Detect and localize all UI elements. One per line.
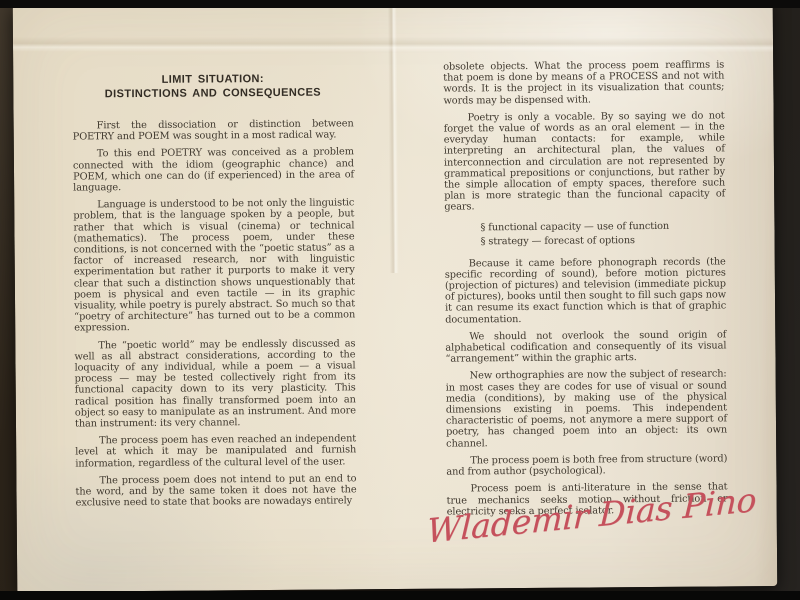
section-list: § functional capacity — use of function … (480, 219, 725, 249)
left-column: LIMIT SITUATION:DISTINCTIONS AND CONSEQU… (72, 72, 356, 515)
paragraph: The process poem is both free from struc… (446, 453, 727, 478)
paragraph: obsolete objects. What the process poem … (443, 59, 724, 106)
top-black-bar (0, 0, 800, 8)
paragraph: The “poetic world” may be endlessly disc… (74, 338, 356, 430)
paragraph: New orthographies are now the subject of… (446, 369, 728, 450)
fold-crease-vertical (387, 4, 398, 273)
paragraph: To this end POETRY was conceived as a pr… (73, 147, 354, 194)
right-column: obsolete objects. What the process poem … (443, 59, 728, 523)
paragraph: Poetry is only a vocable. By so saying w… (444, 110, 726, 213)
title-line-2: DISTINCTIONS AND CONSEQUENCES (105, 86, 321, 100)
paragraph: Because it came before phonograph record… (445, 256, 727, 325)
list-item: § strategy — forecast of options (481, 233, 726, 249)
paper-sheet: LIMIT SITUATION:DISTINCTIONS AND CONSEQU… (13, 1, 778, 592)
fold-crease-horizontal (13, 37, 773, 53)
document-title: LIMIT SITUATION:DISTINCTIONS AND CONSEQU… (72, 72, 353, 101)
paragraph: We should not overlook the sound origin … (445, 329, 726, 365)
paragraph: Language is understood to be not only th… (73, 198, 355, 335)
paragraph: First the dissociation or distinction be… (73, 118, 354, 143)
photo-background: LIMIT SITUATION:DISTINCTIONS AND CONSEQU… (0, 0, 800, 600)
paragraph: The process poem has even reached an ind… (75, 434, 356, 470)
paragraph: The process poem does not intend to put … (75, 473, 356, 509)
bottom-black-bar (0, 591, 800, 600)
title-line-1: LIMIT SITUATION: (162, 73, 264, 86)
